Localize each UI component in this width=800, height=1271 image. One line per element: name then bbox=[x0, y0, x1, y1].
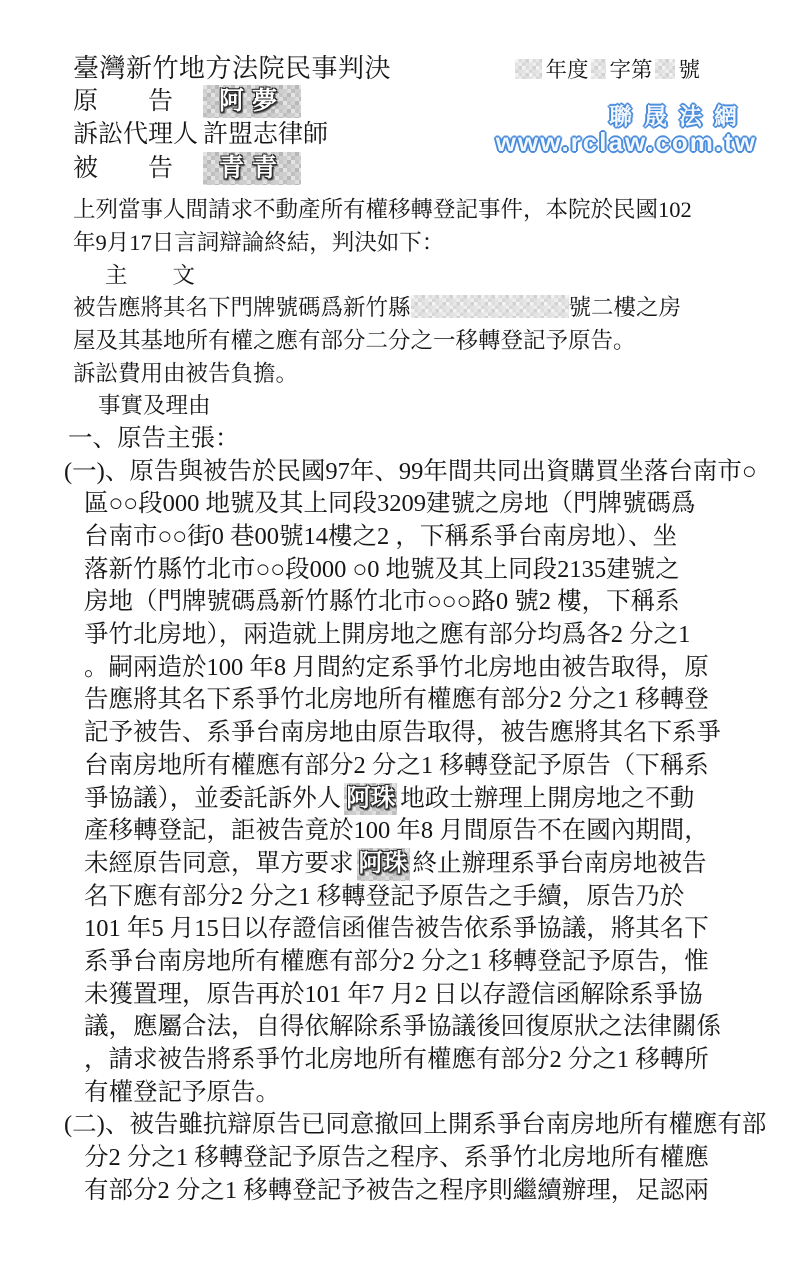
text-segment: 台南市○○街0 巷00號14樓之2 ，下稱系爭台南房地）、坐 bbox=[84, 523, 677, 550]
parties-block: 原 告阿夢訴訟代理人許盟志律師被 告青青 bbox=[73, 85, 745, 185]
body-line: 有權登記予原告。 bbox=[84, 1077, 745, 1110]
body-line: 區○○段000 地號及其上同段3209建號之房地（門牌號碼爲 bbox=[84, 488, 745, 521]
body-line: 房地（門牌號碼爲新竹縣竹北市○○○路0 號2 樓，下稱系 bbox=[84, 586, 745, 619]
body-line: 101 年5 月15日以存證信函催告被告依系爭協議，將其名下 bbox=[84, 913, 745, 946]
body-line: 分2 分之1 移轉登記予原告之程序、系爭竹北房地所有權應 bbox=[84, 1142, 745, 1175]
body-line: 被告應將其名下門牌號碼爲新竹縣號二樓之房 bbox=[73, 292, 745, 325]
court-title: 臺灣新竹地方法院民事判決 bbox=[73, 52, 391, 85]
body-line: 一、原告主張： bbox=[68, 423, 745, 456]
judgment-page: 臺灣新竹地方法院民事判決 年度字第號 原 告阿夢訴訟代理人許盟志律師被 告青青 … bbox=[0, 0, 800, 1271]
body-line: 議，應屬合法，自得依解除系爭協議後回復原狀之法律關係 bbox=[84, 1011, 745, 1044]
body-line: 爭竹北房地），兩造就上開房地之應有部分均爲各2 分之1 bbox=[84, 619, 745, 652]
body-line: 名下應有部分2 分之1 移轉登記予原告之手續，原告乃於 bbox=[84, 881, 745, 914]
text-segment: 議，應屬合法，自得依解除系爭協議後回復原狀之法律關係 bbox=[84, 1013, 721, 1040]
party-name: 許盟志律師 bbox=[203, 121, 328, 148]
redacted-name: 青青 bbox=[203, 152, 301, 185]
body-line: 未經原告同意，單方要求阿珠終止辦理系爭台南房地被告 bbox=[84, 848, 745, 881]
text-segment: 有部分2 分之1 移轉登記予被告之程序則繼續辦理，足認兩 bbox=[84, 1177, 709, 1204]
text-segment: 區○○段000 地號及其上同段3209建號之房地（門牌號碼爲 bbox=[84, 490, 695, 517]
text-segment: 被告應將其名下門牌號碼爲新竹縣 bbox=[73, 295, 411, 320]
redacted-name: 阿珠 bbox=[357, 848, 410, 881]
body-line: 台南市○○街0 巷00號14樓之2 ，下稱系爭台南房地）、坐 bbox=[84, 521, 745, 554]
judgment-body: 上列當事人間請求不動產所有權移轉登記事件，本院於民國102年9月17日言詞辯論終… bbox=[73, 194, 745, 1207]
body-line: 年9月17日言詞辯論終結，判決如下： bbox=[73, 227, 745, 260]
party-label: 原 告 bbox=[73, 85, 203, 118]
text-segment: 台南房地所有權應有部分2 分之1 移轉登記予原告（下稱系 bbox=[84, 752, 709, 779]
party-row: 原 告阿夢 bbox=[73, 85, 745, 118]
text-segment: 。嗣兩造於100 年8 月間約定系爭竹北房地由被告取得，原 bbox=[84, 654, 709, 681]
body-line: 上列當事人間請求不動產所有權移轉登記事件，本院於民國102 bbox=[73, 194, 745, 227]
text-segment: 分2 分之1 移轉登記予原告之程序、系爭竹北房地所有權應 bbox=[84, 1144, 709, 1171]
text-segment: 終止辦理系爭台南房地被告 bbox=[413, 850, 707, 877]
text-segment: 上列當事人間請求不動產所有權移轉登記事件，本院於民國102 bbox=[73, 197, 692, 222]
text-segment: 記予被告、系爭台南房地由原告取得，被告應將其名下系爭 bbox=[84, 719, 721, 746]
text-segment: 一、原告主張： bbox=[68, 425, 240, 452]
redaction-blur bbox=[411, 295, 569, 318]
body-line: 未獲置理，原告再於101 年7 月2 日以存證信函解除系爭協 bbox=[84, 979, 745, 1012]
text-segment: ，請求被告將系爭竹北房地所有權應有部分2 分之1 移轉所 bbox=[84, 1046, 709, 1073]
text-segment: 產移轉登記，詎被告竟於100 年8 月間原告不在國內期間， bbox=[84, 817, 709, 844]
body-line: 訴訟費用由被告負擔。 bbox=[73, 358, 745, 391]
body-line: 產移轉登記，詎被告竟於100 年8 月間原告不在國內期間， bbox=[84, 815, 745, 848]
body-line: 告應將其名下系爭竹北房地所有權應有部分2 分之1 移轉登 bbox=[84, 684, 745, 717]
redacted-name: 阿夢 bbox=[203, 85, 301, 118]
redaction-blur bbox=[591, 59, 606, 79]
text-segment: 字第 bbox=[609, 58, 652, 82]
redaction-blur bbox=[655, 59, 675, 79]
text-segment: 爭竹北房地），兩造就上開房地之應有部分均爲各2 分之1 bbox=[84, 621, 690, 648]
body-line: 記予被告、系爭台南房地由原告取得，被告應將其名下系爭 bbox=[84, 717, 745, 750]
body-line: 。嗣兩造於100 年8 月間約定系爭竹北房地由被告取得，原 bbox=[84, 652, 745, 685]
text-segment: (二)、被告雖抗辯原告已同意撤回上開系爭台南房地所有權應有部 bbox=[64, 1111, 766, 1138]
text-segment: 號 bbox=[678, 58, 700, 82]
text-segment: 屋及其基地所有權之應有部分二分之一移轉登記予原告。 bbox=[73, 328, 636, 353]
text-segment: 101 年5 月15日以存證信函催告被告依系爭協議，將其名下 bbox=[84, 915, 709, 942]
text-segment: 主 文 bbox=[105, 263, 195, 288]
body-line: (一)、原告與被告於民國97年、99年間共同出資購買坐落台南市○ bbox=[64, 456, 745, 489]
body-line: 系爭台南房地所有權應有部分2 分之1 移轉登記予原告，惟 bbox=[84, 946, 745, 979]
text-segment: 號二樓之房 bbox=[569, 295, 682, 320]
body-line: 台南房地所有權應有部分2 分之1 移轉登記予原告（下稱系 bbox=[84, 750, 745, 783]
body-line: 爭協議），並委託訴外人阿珠地政士辦理上開房地之不動 bbox=[84, 783, 745, 816]
title-row: 臺灣新竹地方法院民事判決 年度字第號 bbox=[73, 52, 745, 85]
text-segment: 有權登記予原告。 bbox=[84, 1079, 280, 1106]
redacted-name: 阿珠 bbox=[344, 783, 397, 816]
text-segment: 告應將其名下系爭竹北房地所有權應有部分2 分之1 移轉登 bbox=[84, 686, 709, 713]
body-line: ，請求被告將系爭竹北房地所有權應有部分2 分之1 移轉所 bbox=[84, 1044, 745, 1077]
text-segment: 爭協議），並委託訴外人 bbox=[84, 785, 341, 812]
text-segment: (一)、原告與被告於民國97年、99年間共同出資購買坐落台南市○ bbox=[64, 458, 757, 485]
body-line: 主 文 bbox=[105, 260, 745, 293]
redaction-blur bbox=[515, 59, 542, 79]
body-line: 事實及理由 bbox=[98, 390, 745, 423]
text-segment: 事實及理由 bbox=[98, 393, 211, 418]
party-label: 訴訟代理人 bbox=[73, 118, 203, 151]
text-segment: 地政士辦理上開房地之不動 bbox=[400, 785, 694, 812]
text-segment: 未經原告同意，單方要求 bbox=[84, 850, 354, 877]
case-number: 年度字第號 bbox=[512, 54, 700, 87]
body-line: (二)、被告雖抗辯原告已同意撤回上開系爭台南房地所有權應有部 bbox=[64, 1109, 745, 1142]
party-label: 被 告 bbox=[73, 152, 203, 185]
body-line: 落新竹縣竹北市○○段000 ○0 地號及其上同段2135建號之 bbox=[84, 554, 745, 587]
party-row: 被 告青青 bbox=[73, 152, 745, 185]
text-segment: 訴訟費用由被告負擔。 bbox=[73, 361, 298, 386]
party-row: 訴訟代理人許盟志律師 bbox=[73, 118, 745, 151]
text-segment: 房地（門牌號碼爲新竹縣竹北市○○○路0 號2 樓，下稱系 bbox=[84, 588, 680, 615]
text-segment: 名下應有部分2 分之1 移轉登記予原告之手續，原告乃於 bbox=[84, 883, 684, 910]
text-segment: 落新竹縣竹北市○○段000 ○0 地號及其上同段2135建號之 bbox=[84, 556, 680, 583]
text-segment: 未獲置理，原告再於101 年7 月2 日以存證信函解除系爭協 bbox=[84, 981, 703, 1008]
text-segment: 年9月17日言詞辯論終結，判決如下： bbox=[73, 230, 444, 255]
body-line: 屋及其基地所有權之應有部分二分之一移轉登記予原告。 bbox=[73, 325, 745, 358]
body-line: 有部分2 分之1 移轉登記予被告之程序則繼續辦理，足認兩 bbox=[84, 1175, 745, 1208]
text-segment: 年度 bbox=[545, 58, 588, 82]
text-segment: 系爭台南房地所有權應有部分2 分之1 移轉登記予原告，惟 bbox=[84, 948, 709, 975]
